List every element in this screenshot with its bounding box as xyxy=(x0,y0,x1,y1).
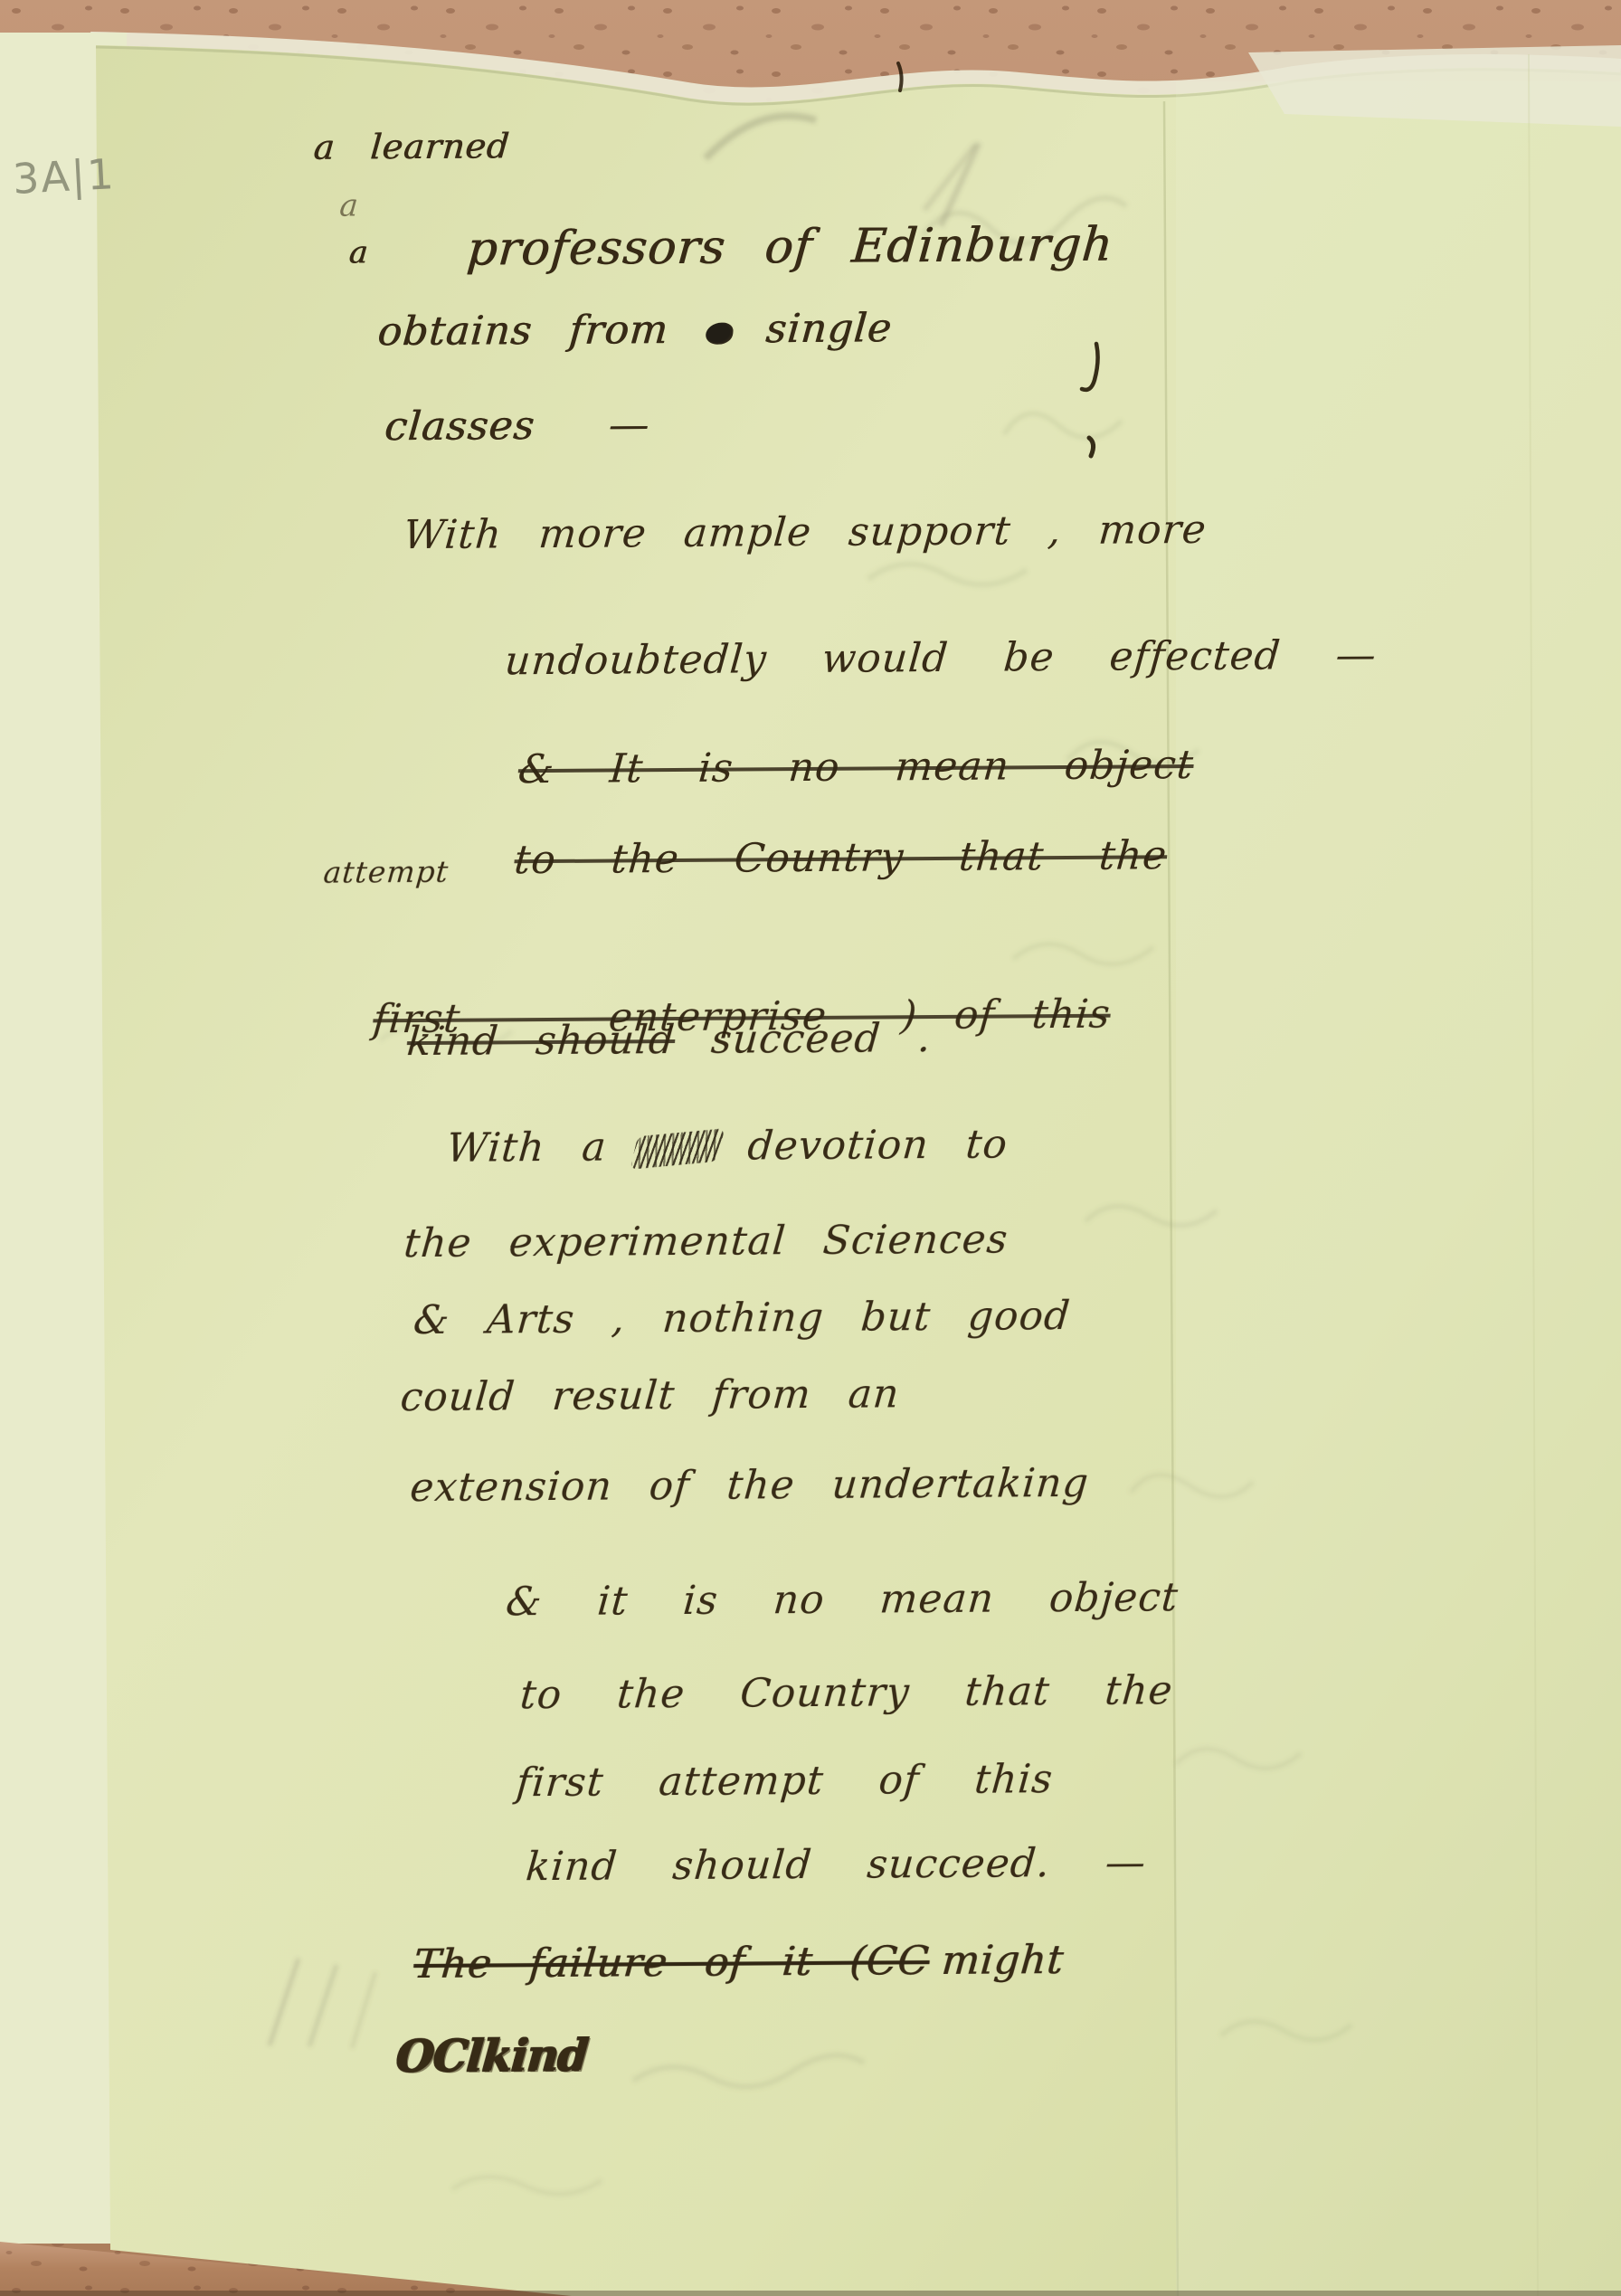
line-text: With more ample support , more xyxy=(402,507,1209,558)
line-text: obtains from xyxy=(376,307,670,355)
line-text-tail: succeed . xyxy=(709,1015,934,1063)
scrawl-text: OClkind xyxy=(393,2030,589,2083)
line-text-tail: single xyxy=(764,305,894,352)
manuscript-line-scrawl: OClkind xyxy=(163,1974,593,2139)
struck-text: kind should xyxy=(405,1017,677,1065)
struck-text: to the Country that the xyxy=(513,832,1170,883)
scratched-out-word xyxy=(630,1128,725,1170)
ink-blot xyxy=(705,323,734,345)
line-text: undoubtedly would be effected — xyxy=(503,632,1379,685)
line-text: With a xyxy=(445,1124,609,1172)
line-text: extension of the undertaking xyxy=(408,1460,1090,1511)
manuscript-text-layer: a learned a a professors of Edinburgh ob… xyxy=(0,0,1621,2296)
line-text: kind should succeed. — xyxy=(524,1839,1148,1890)
line-text-tail: devotion to xyxy=(746,1121,1010,1169)
line-text-tail: might xyxy=(940,1937,1066,1984)
manuscript-photo: 3A|1 a learned a a professors of Edinbur… xyxy=(0,0,1621,2296)
line-text: classes — xyxy=(383,402,651,450)
interline-correction: attempt xyxy=(322,853,450,891)
